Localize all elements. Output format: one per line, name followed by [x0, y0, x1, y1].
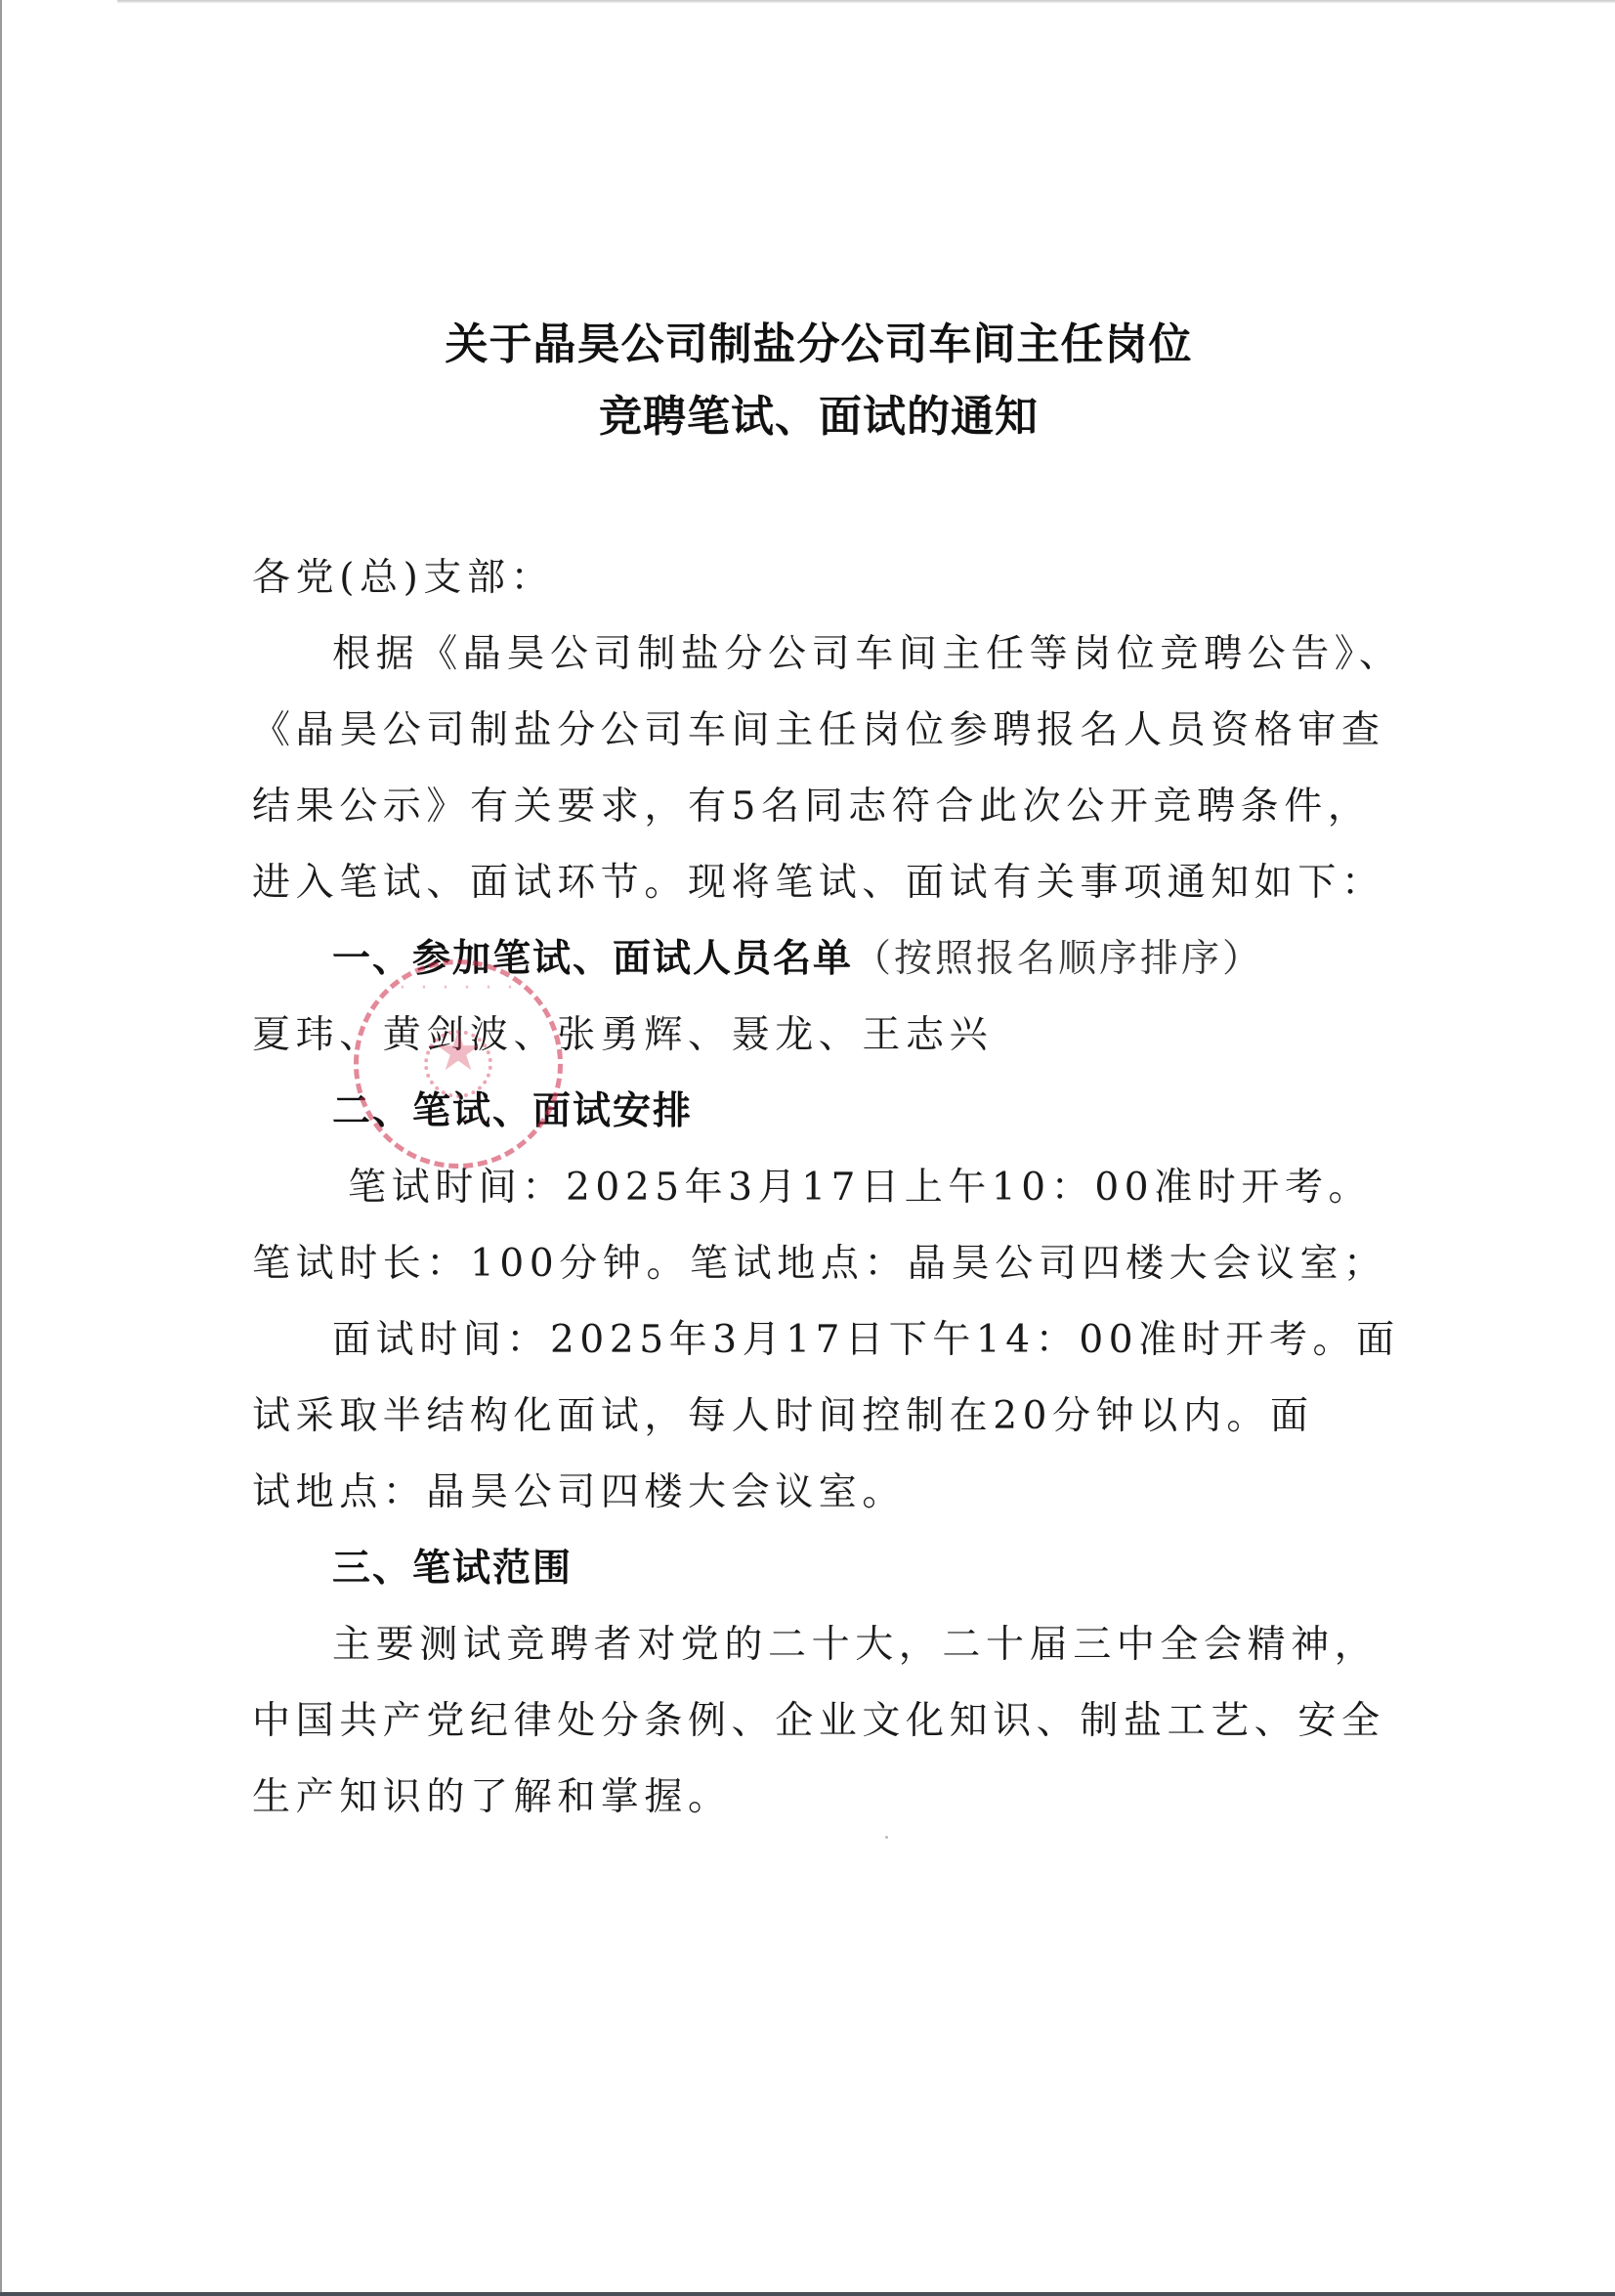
intro-line-4: 进入笔试、面试环节。现将笔试、面试有关事项通知如下：: [252, 864, 1405, 902]
section1-heading-row: 一、参加笔试、面试人员名单（按照报名顺序排序）: [332, 940, 1485, 978]
scan-edge-left: [0, 0, 2, 2296]
intro-line-3: 结果公示》有关要求，有5名同志符合此次公开竞聘条件，: [252, 787, 1405, 826]
official-seal: · · · · · · ★ · · · ·: [354, 959, 563, 1169]
section1-note: （按照报名顺序排序）: [853, 937, 1263, 981]
scope-line-1: 主要测试竞聘者对党的二十大，二十届三中全会精神，: [332, 1626, 1485, 1664]
section1-heading: 一、参加笔试、面试人员名单: [332, 937, 853, 981]
written-exam-line-1: 笔试时间：2025年3月17日上午10：00准时开考。: [348, 1169, 1501, 1207]
section3-heading: 三、笔试范围: [332, 1550, 1485, 1588]
document-title-line1: 关于晶昊公司制盐分公司车间主任岗位: [252, 309, 1385, 371]
candidate-names: 夏玮、黄剑波、张勇辉、聂龙、王志兴: [252, 1016, 1405, 1054]
scope-line-2: 中国共产党纪律处分条例、企业文化知识、制盐工艺、安全: [252, 1702, 1405, 1740]
interview-line-3: 试地点：晶昊公司四楼大会议室。: [252, 1473, 1405, 1511]
interview-line-1: 面试时间：2025年3月17日下午14：00准时开考。面: [332, 1321, 1485, 1359]
section2-heading: 二、笔试、面试安排: [332, 1092, 1485, 1130]
document-title-line2: 竞聘笔试、面试的通知: [252, 381, 1385, 444]
written-exam-line-2: 笔试时长：100分钟。笔试地点：晶昊公司四楼大会议室；: [252, 1245, 1405, 1283]
salutation: 各党(总)支部：: [252, 559, 1405, 597]
intro-line-1: 根据《晶昊公司制盐分公司车间主任等岗位竞聘公告》、: [332, 635, 1485, 673]
scan-edge-bottom: [0, 2292, 1615, 2296]
interview-line-2: 试采取半结构化面试，每人时间控制在20分钟以内。面: [252, 1397, 1405, 1435]
intro-line-2: 《晶昊公司制盐分公司车间主任岗位参聘报名人员资格审查: [252, 711, 1405, 749]
scan-edge-top: [117, 0, 1615, 3]
scope-line-3: 生产知识的了解和掌握。: [252, 1778, 1405, 1816]
scan-speck: [885, 1836, 888, 1839]
